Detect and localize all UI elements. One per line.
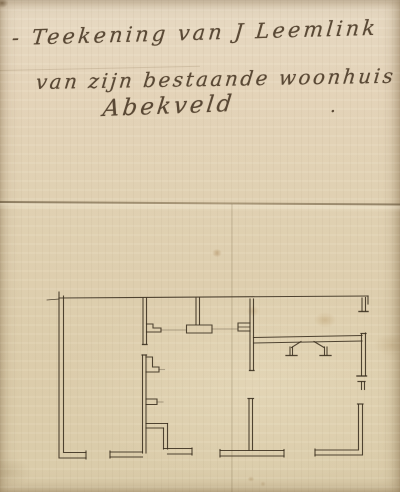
brace2-diagonal xyxy=(314,342,324,348)
top-wall-overshoot xyxy=(47,299,59,300)
pier-footing xyxy=(187,325,213,333)
beam-top xyxy=(254,336,363,338)
right-bottom-inner xyxy=(315,405,359,451)
floor-plan-drawing xyxy=(0,0,400,492)
top-wall xyxy=(59,296,368,298)
wall1-flange1 xyxy=(146,357,159,372)
left-wall-inner xyxy=(64,296,87,453)
right-bottom-outer xyxy=(315,405,363,456)
beam-bottom xyxy=(254,341,363,343)
document-page: - Teekening van J Leemlink van zijn best… xyxy=(0,0,400,492)
wall1-upper-flange xyxy=(147,324,162,332)
wall1-flange2 xyxy=(146,399,157,405)
